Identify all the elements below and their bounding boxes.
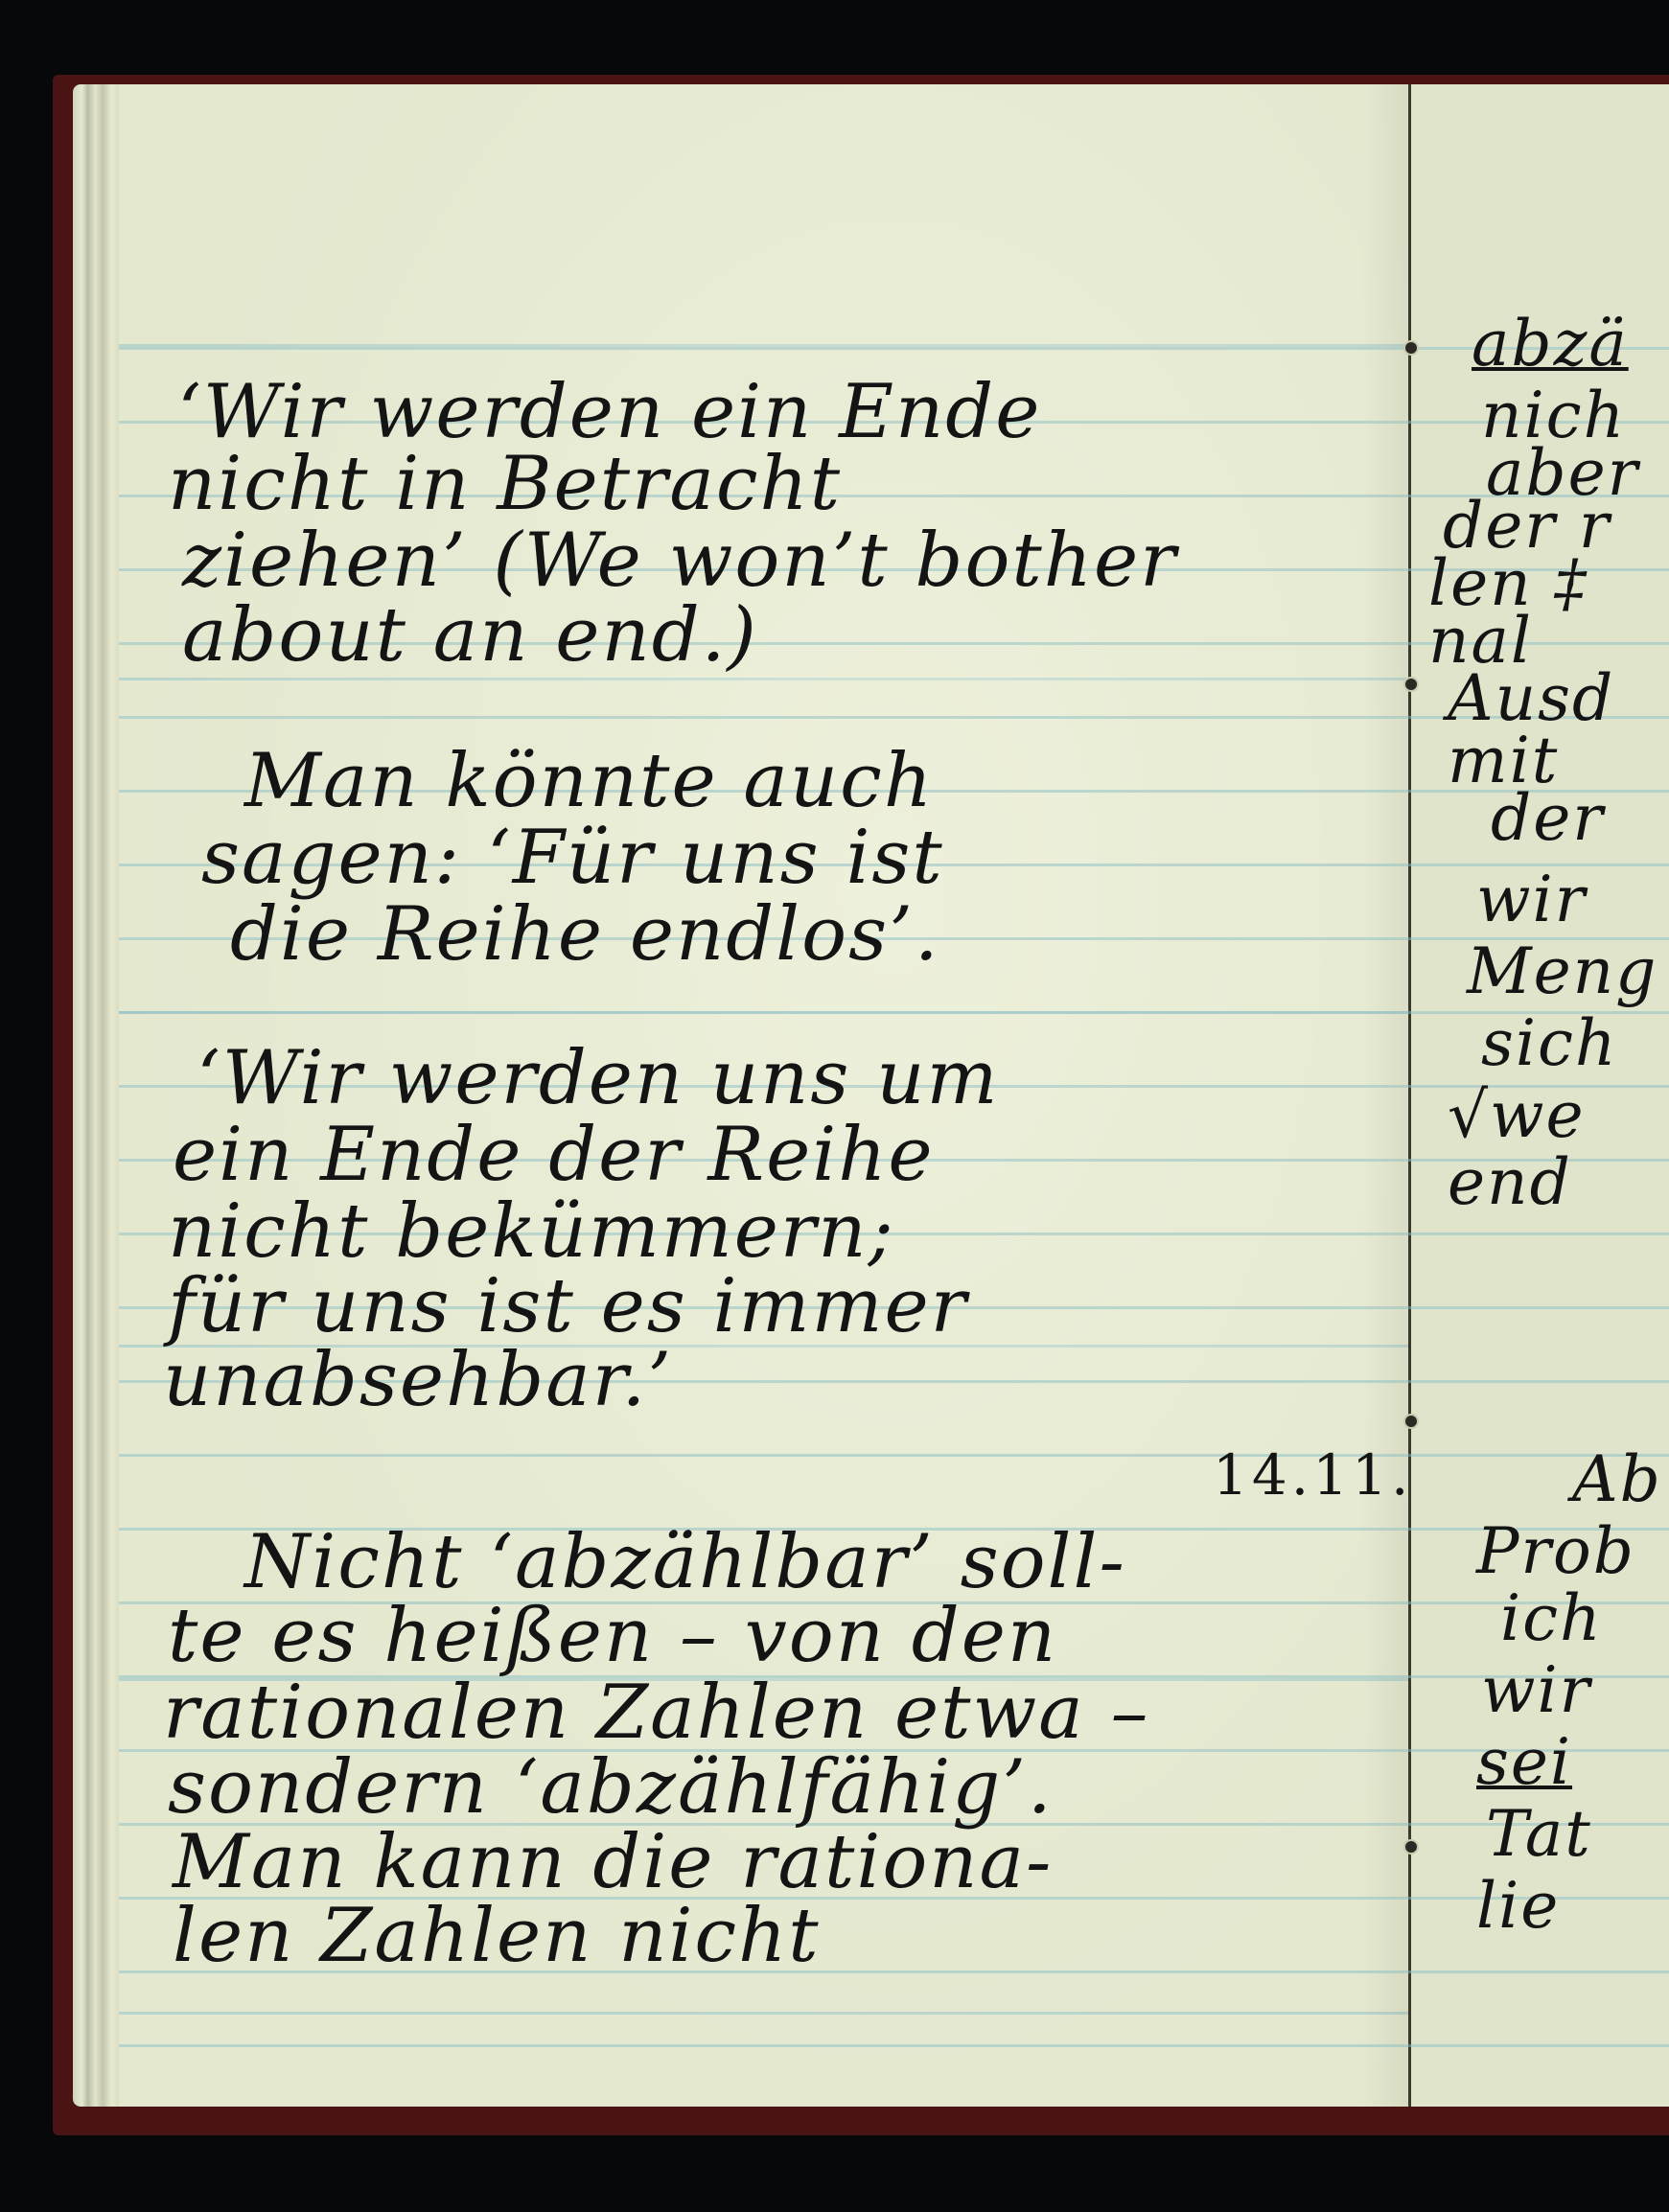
binding-stitch [1403,1414,1419,1429]
binding-stitch [1403,340,1419,356]
text-line: te es heißen – von den [168,1593,1057,1679]
entry-date: 14.11. [1213,1442,1412,1508]
text-line: sondern ‘abzählfähig’. [168,1744,1054,1831]
text-line: nicht bekümmern; [168,1188,895,1275]
text-line: sei [1476,1725,1572,1799]
ruled-line [119,1454,1669,1457]
text-line: √we [1448,1078,1586,1152]
text-line: sich [1481,1006,1617,1080]
ruled-line [119,716,1669,719]
text-line: lie [1476,1869,1560,1943]
text-line: unabsehbar.’ [163,1337,673,1423]
text-line: die Reihe endlos’. [230,891,940,978]
binding-stitch [1403,1839,1419,1855]
text-line: ein Ende der Reihe [173,1112,935,1198]
text-line: ich [1500,1581,1603,1655]
gutter-shadow [1361,84,1409,2107]
text-line: Prob [1476,1514,1635,1588]
text-line: about an end.) [182,592,758,679]
binding-stitch [1403,677,1419,692]
text-line: abzä [1472,307,1629,380]
text-line: wir [1476,863,1587,936]
text-line: Meng [1467,934,1657,1008]
text-line: wir [1481,1653,1591,1727]
text-line: ‘Wir werden uns um [197,1035,999,1121]
text-line: nicht in Betracht [168,441,842,527]
ruled-line [119,2044,1669,2047]
text-line: end [1448,1145,1572,1219]
text-line: Ab [1572,1442,1662,1516]
gutter-line [1408,84,1411,2107]
text-line: rationalen Zahlen etwa – [163,1670,1150,1756]
text-line: Man könnte auch [244,738,934,824]
ruled-line [119,1011,1669,1014]
page-edges [73,84,123,2107]
text-line: len Zahlen nicht [173,1893,821,1979]
text-line: Tat [1486,1797,1592,1871]
ruled-line [119,347,1669,350]
text-line: ziehen’ (We won’t bother [182,518,1177,604]
text-line: der [1491,781,1605,855]
text-line: sagen: ‘Für uns ist [201,815,944,901]
